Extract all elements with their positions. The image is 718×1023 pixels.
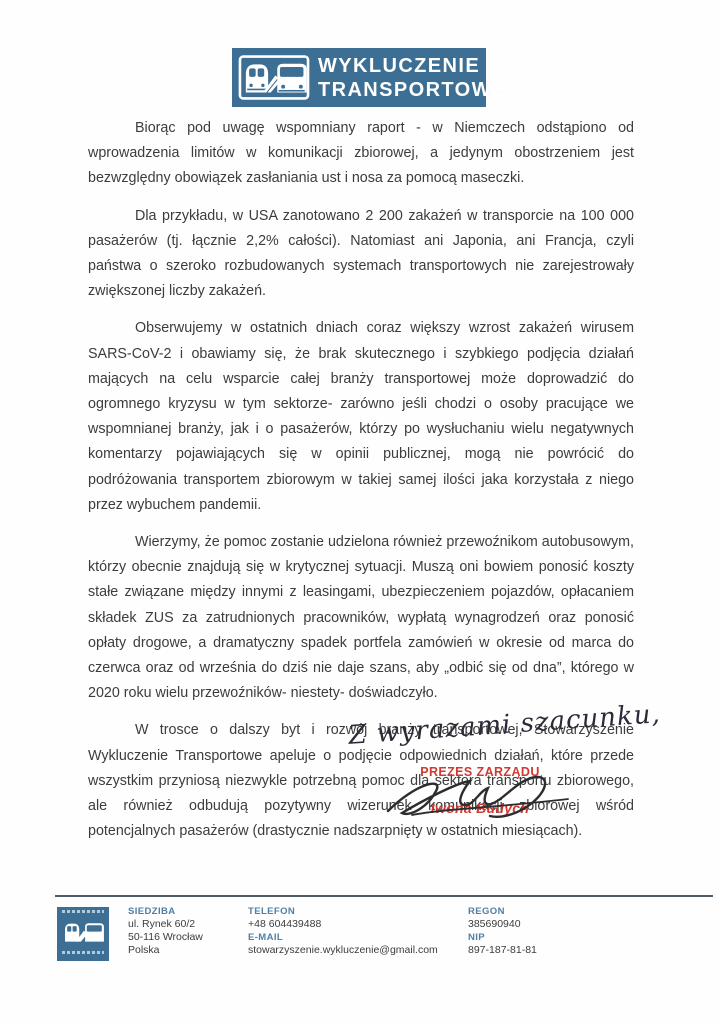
email-value: stowarzyszenie.wykluczenie@gmail.com: [248, 944, 438, 957]
nip-value: 897-187-81-81: [468, 944, 537, 957]
body-paragraph-1: Biorąc pod uwagę wspomniany raport - w N…: [88, 116, 634, 192]
phone-value: +48 604439488: [248, 918, 438, 931]
letterhead-logo: WYKLUCZENIE TRANSPORTOWE: [232, 48, 486, 107]
footer-col-rejestr: REGON 385690940 NIP 897-187-81-81: [468, 905, 537, 957]
regon-label: REGON: [468, 905, 537, 918]
address-line-2: 50-116 Wrocław: [128, 931, 203, 944]
nip-label: NIP: [468, 931, 537, 944]
footer-logo-icon: [57, 907, 109, 961]
address-line-1: ul. Rynek 60/2: [128, 918, 203, 931]
stamp-name: Iwona Budych: [380, 800, 580, 816]
body-paragraph-2: Dla przykładu, w USA zanotowano 2 200 za…: [88, 204, 634, 305]
email-label: E-MAIL: [248, 931, 438, 944]
logo-wordmark: WYKLUCZENIE TRANSPORTOWE: [318, 54, 507, 102]
telefon-label: TELEFON: [248, 905, 438, 918]
stamp-title: PREZES ZARZĄDU: [380, 765, 580, 779]
logo-wordmark-line1: WYKLUCZENIE: [318, 54, 507, 78]
scanned-letter-page: WYKLUCZENIE TRANSPORTOWE Biorąc pod uwag…: [0, 0, 718, 1023]
regon-value: 385690940: [468, 918, 537, 931]
body-paragraph-4: Wierzymy, że pomoc zostanie udzielona ró…: [88, 530, 634, 706]
siedziba-label: SIEDZIBA: [128, 905, 203, 918]
footer-col-siedziba: SIEDZIBA ul. Rynek 60/2 50-116 Wrocław P…: [128, 905, 203, 957]
footer: SIEDZIBA ul. Rynek 60/2 50-116 Wrocław P…: [55, 895, 713, 905]
body-paragraph-3: Obserwujemy w ostatnich dniach coraz wię…: [88, 316, 634, 518]
train-and-bus-handshake-icon: [238, 54, 310, 101]
address-line-3: Polska: [128, 944, 203, 957]
logo-wordmark-line2: TRANSPORTOWE: [318, 78, 507, 102]
president-stamp: PREZES ZARZĄDU Iwona Budych: [380, 765, 580, 816]
footer-col-kontakt: TELEFON +48 604439488 E-MAIL stowarzysze…: [248, 905, 438, 957]
